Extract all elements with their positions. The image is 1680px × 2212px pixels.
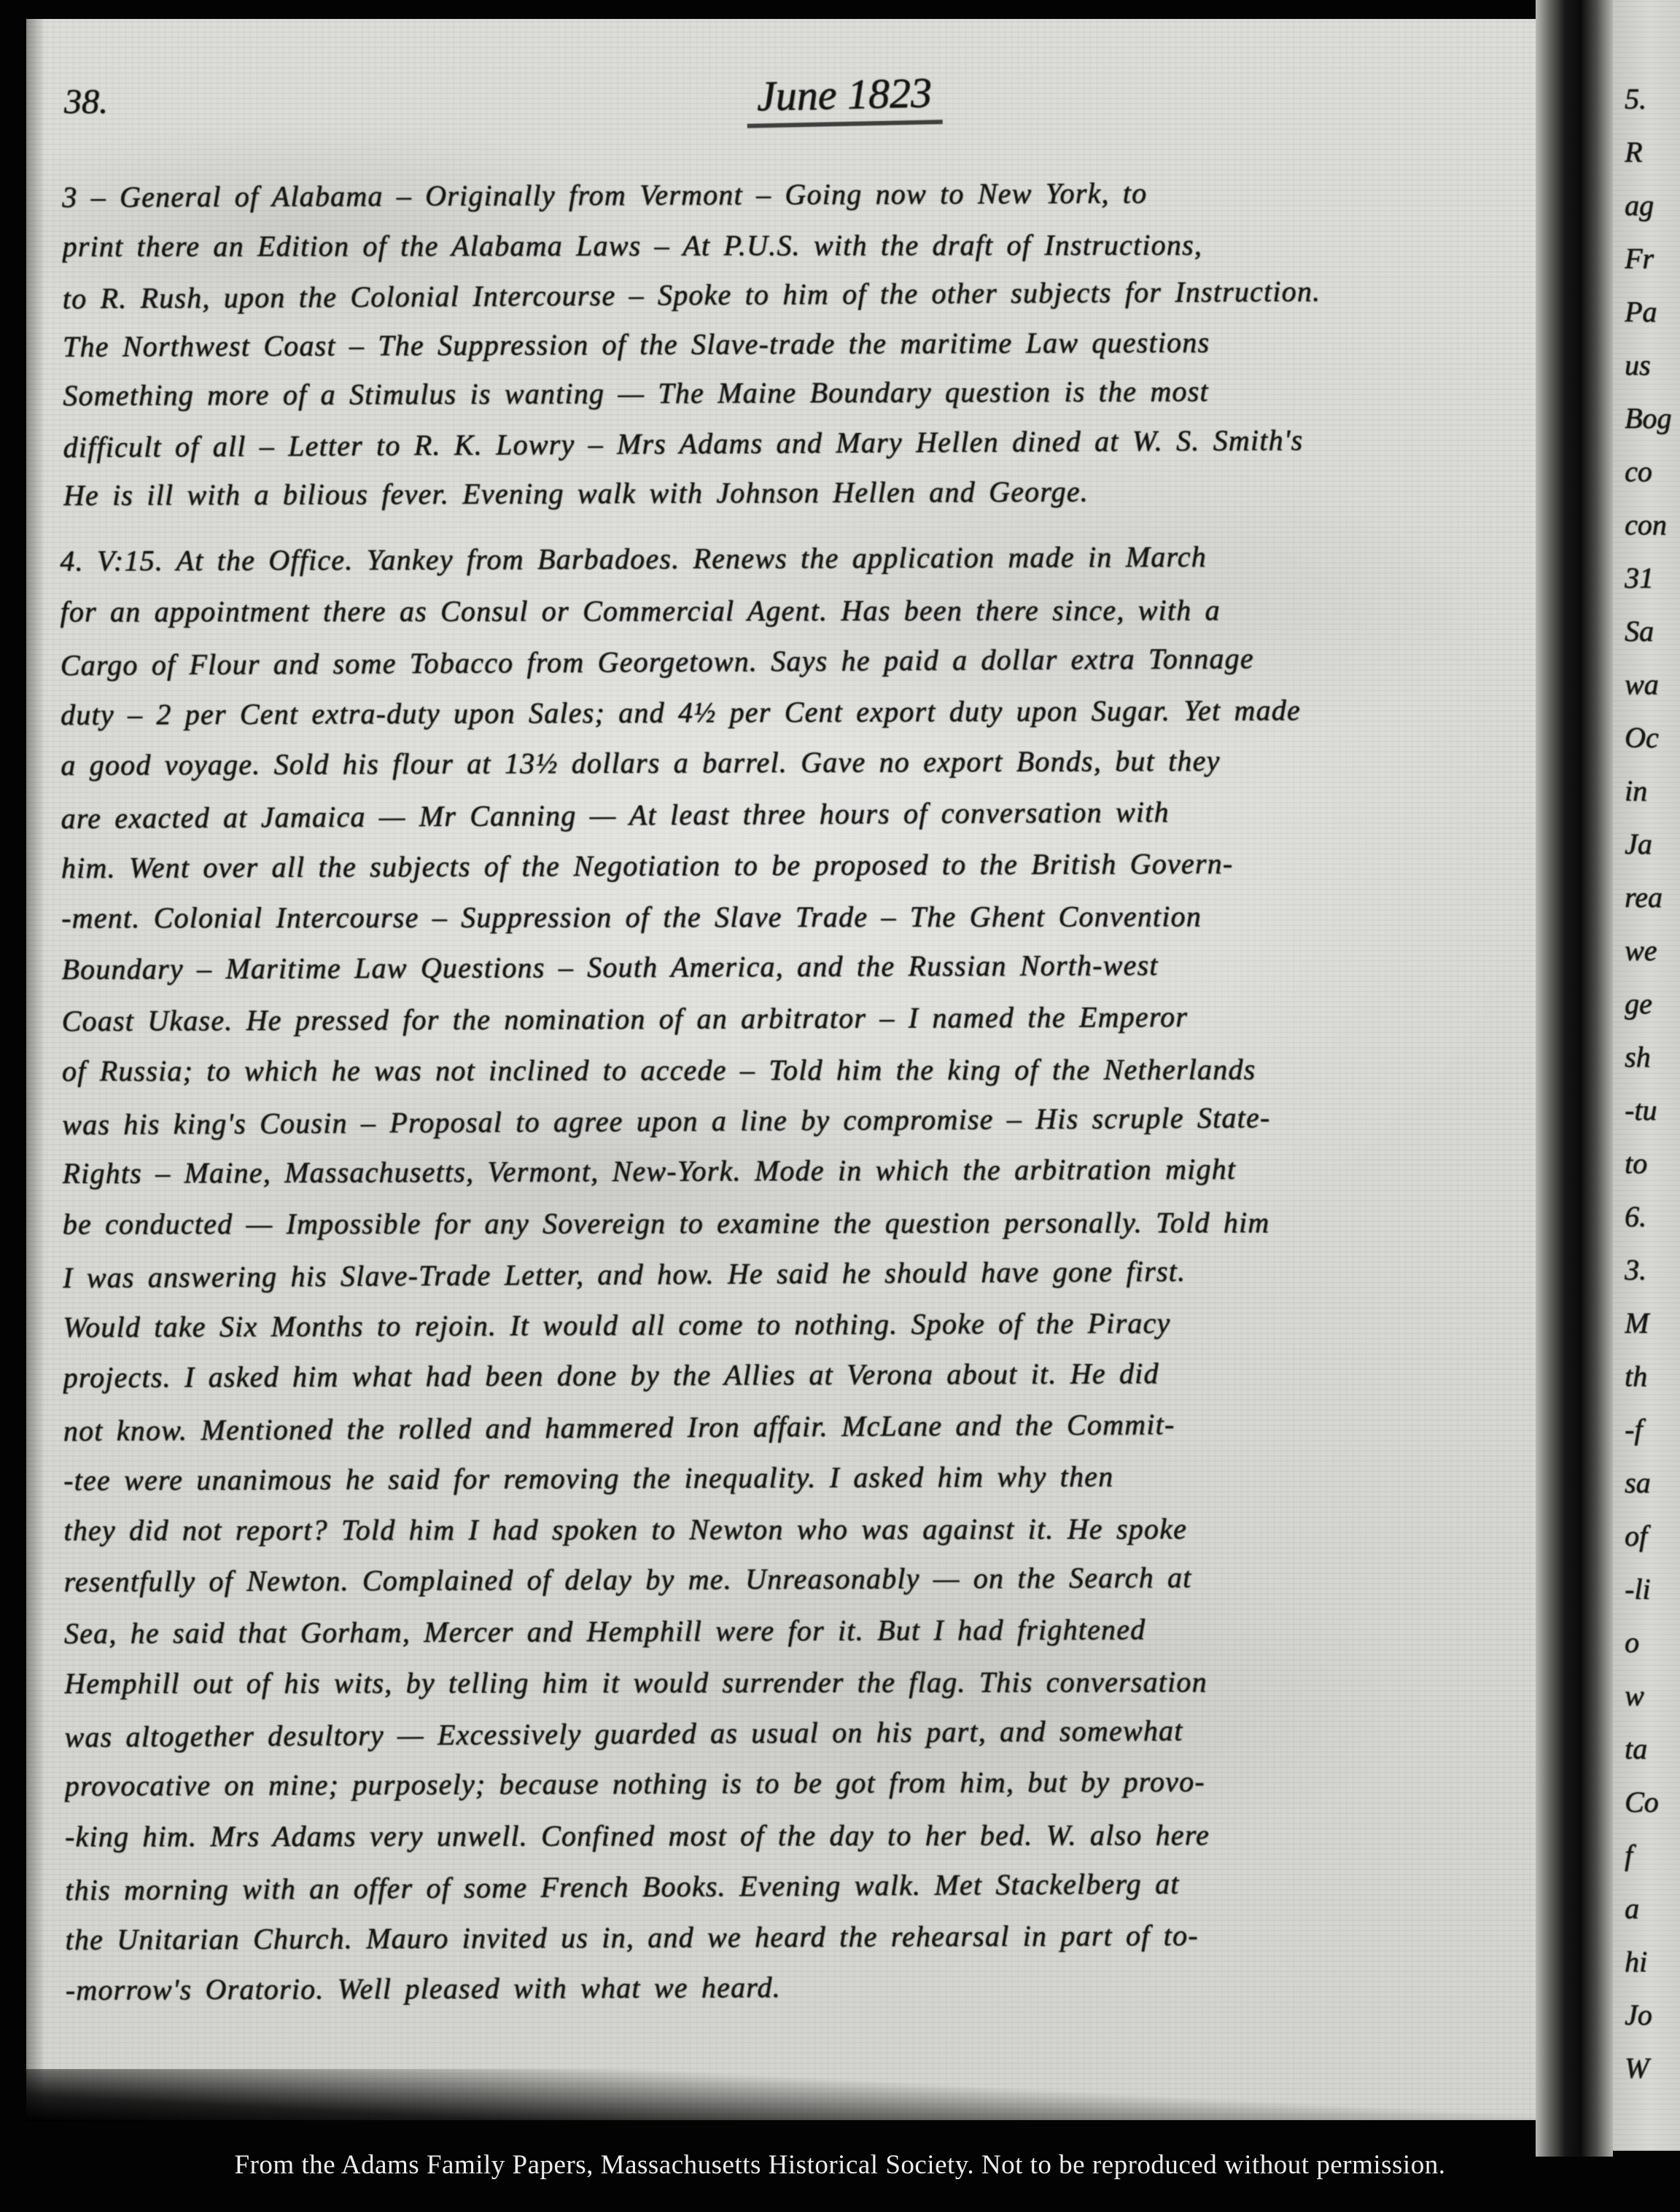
facing-page-fragment: us (1625, 340, 1680, 394)
facing-page-fragment: Oc (1625, 713, 1680, 766)
diary-line: print there an Edition of the Alabama La… (62, 222, 1526, 273)
diary-line: be conducted — Impossible for any Sovere… (63, 1199, 1527, 1252)
facing-page-fragment: 6. (1625, 1192, 1680, 1245)
facing-page-fragment: Bog (1625, 394, 1680, 447)
facing-page-fragments: 5. R ag Fr Pa us Bog co con 31 Sa w (1613, 0, 1680, 2097)
diary-line: 3 – General of Alabama – Originally from… (62, 168, 1526, 224)
diary-entry-june-4: 4. V:15. At the Office. Yankey from Barb… (60, 532, 1530, 2018)
facing-page-fragment: w (1625, 1671, 1680, 1724)
archive-caption: From the Adams Family Papers, Massachuse… (0, 2149, 1680, 2181)
diary-line: Sea, he said that Gorham, Mercer and Hem… (64, 1604, 1528, 1661)
facing-page-fragment: con (1625, 500, 1680, 553)
diary-line: -morrow's Oratorio. Well pleased with wh… (66, 1960, 1530, 2017)
facing-page-fragment: wa (1625, 660, 1680, 713)
diary-line: Cargo of Flour and some Tobacco from Geo… (61, 633, 1525, 693)
facing-page-edge: 5. R ag Fr Pa us Bog co con 31 Sa w (1613, 0, 1680, 2151)
diary-line: resentfully of Newton. Complained of del… (63, 1552, 1528, 1609)
diary-line: Coast Ukase. He pressed for the nominati… (62, 992, 1526, 1048)
facing-page-fragment: Sa (1625, 607, 1680, 660)
facing-page-fragment: Jo (1625, 1990, 1680, 2044)
diary-line: of Russia; to which he was not inclined … (62, 1045, 1526, 1099)
facing-page-fragment: -f (1625, 1405, 1680, 1458)
facing-page-fragment: Fr (1625, 234, 1680, 287)
diary-line: -tee were unanimous he said for removing… (63, 1451, 1528, 1508)
facing-page-fragment: th (1625, 1352, 1680, 1405)
facing-page-fragment: rea (1625, 873, 1680, 926)
facing-page-fragment: o (1625, 1618, 1680, 1671)
diary-line: -king him. Mrs Adams very unwell. Confin… (65, 1811, 1529, 1864)
facing-page-fragment: 3. (1625, 1245, 1680, 1298)
facing-page-fragment: sa (1625, 1458, 1680, 1511)
diary-line: projects. I asked him what had been done… (63, 1348, 1527, 1405)
diary-line: Rights – Maine, Massachusetts, Vermont, … (62, 1144, 1526, 1201)
facing-page-fragment: we (1625, 926, 1680, 979)
facing-page-fragment: of (1625, 1511, 1680, 1565)
microfilm-scan: 38. June 1823 3 – General of Alabama – O… (0, 0, 1680, 2212)
diary-line: they did not report? Told him I had spok… (63, 1505, 1528, 1558)
diary-line: was his king's Cousin – Proposal to agre… (62, 1092, 1526, 1152)
facing-page-fragment: 31 (1625, 553, 1680, 607)
diary-line: Something more of a Stimulus is wanting … (63, 367, 1527, 422)
diary-line: 4. V:15. At the Office. Yankey from Barb… (60, 531, 1524, 588)
facing-page-fragment: 5. (1625, 74, 1680, 128)
diary-line: I was answering his Slave-Trade Letter, … (63, 1245, 1527, 1305)
facing-page-fragment: co (1625, 447, 1680, 500)
diary-line: duty – 2 per Cent extra-duty upon Sales;… (61, 685, 1525, 742)
diary-line: The Northwest Coast – The Suppression of… (63, 318, 1527, 373)
facing-page-fragment: f (1625, 1831, 1680, 1884)
diary-line: to R. Rush, upon the Colonial Intercours… (63, 267, 1527, 325)
diary-line: He is ill with a bilious fever. Evening … (63, 467, 1528, 522)
diary-line: was altogether desultory — Excessively g… (64, 1705, 1528, 1764)
diary-line: are exacted at Jamaica — Mr Canning — At… (61, 786, 1525, 846)
diary-line: not know. Mentioned the rolled and hamme… (63, 1398, 1528, 1458)
facing-page-fragment: ge (1625, 979, 1680, 1032)
facing-page-fragment: R (1625, 128, 1680, 181)
facing-page-fragment: Co (1625, 1777, 1680, 1831)
facing-page-fragment: in (1625, 766, 1680, 819)
facing-page-fragment: a (1625, 1884, 1680, 1937)
facing-page-fragment: ta (1625, 1724, 1680, 1777)
diary-line: the Unitarian Church. Mauro invited us i… (65, 1910, 1529, 1967)
diary-line: Hemphill out of his wits, by telling him… (64, 1658, 1528, 1711)
diary-line: this morning with an offer of some Frenc… (65, 1858, 1529, 1917)
date-heading: June 1823 (746, 68, 943, 128)
binding-gutter-shadow (1536, 0, 1613, 2157)
diary-line: for an appointment there as Consul or Co… (60, 586, 1524, 639)
diary-line: him. Went over all the subjects of the N… (61, 838, 1525, 895)
diary-line: difficult of all – Letter to R. K. Lowry… (63, 416, 1527, 474)
manuscript-page: 38. June 1823 3 – General of Alabama – O… (26, 19, 1536, 2120)
diary-line: -ment. Colonial Intercourse – Suppressio… (61, 892, 1525, 946)
diary-line: a good voyage. Sold his flour at 13½ dol… (61, 736, 1525, 792)
facing-page-fragment: W (1625, 2044, 1680, 2097)
facing-page-fragment: to (1625, 1139, 1680, 1192)
diary-line: provocative on mine; purposely; because … (65, 1756, 1529, 1813)
diary-line: Boundary – Maritime Law Questions – Sout… (61, 940, 1525, 997)
facing-page-fragment: sh (1625, 1032, 1680, 1086)
diary-line: Would take Six Months to rejoin. It woul… (63, 1298, 1527, 1355)
page-number: 38. (64, 82, 108, 122)
facing-page-fragment: -li (1625, 1565, 1680, 1618)
facing-page-fragment: hi (1625, 1937, 1680, 1990)
diary-entry-june-3: 3 – General of Alabama – Originally from… (62, 169, 1528, 522)
facing-page-fragment: Ja (1625, 819, 1680, 873)
facing-page-fragment: -tu (1625, 1086, 1680, 1139)
facing-page-fragment: ag (1625, 181, 1680, 234)
facing-page-fragment: Pa (1625, 287, 1680, 340)
facing-page-fragment: M (1625, 1298, 1680, 1352)
